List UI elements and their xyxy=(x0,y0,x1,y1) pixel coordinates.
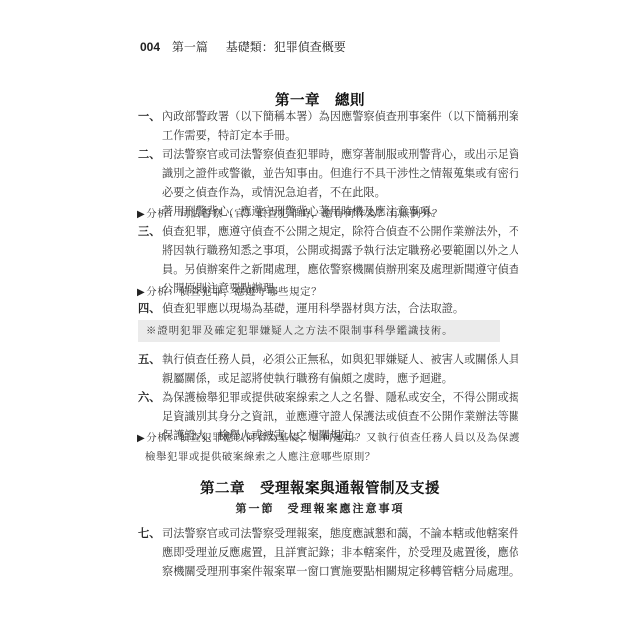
clause-5: 五、 執行偵查任務人員，必須公正無私，如與犯罪嫌疑人、被害人或關係人具有 親屬關… xyxy=(138,350,518,388)
clause-line: 工作需要，特訂定本手冊。 xyxy=(162,126,518,145)
clause-number: 一、 xyxy=(138,107,162,126)
clause-number: 四、 xyxy=(138,299,162,318)
clause-number: 五、 xyxy=(138,350,162,369)
triangle-arrow-icon: ▶ xyxy=(137,433,145,444)
clause-line: 必要之偵查作為，或情況急迫者，不在此限。 xyxy=(162,183,518,202)
analysis-text: 檢舉犯罪或提供破案線索之人應注意哪些原則？ xyxy=(137,448,522,466)
note-box: ※證明犯罪及確定犯罪嫌疑人之方法不限制事科學鑑識技術。 xyxy=(138,320,500,342)
analysis-3: ▶分析：偵查犯罪應以何者為基礎，如何運用？又執行偵查任務人員以及為保護 檢舉犯罪… xyxy=(137,429,522,466)
clause-line: 將因執行職務知悉之事項，公開或揭露予執行法定職務必要範圍以外之人 xyxy=(162,241,518,260)
analysis-text: 分析：偵查犯罪應以何者為基礎，如何運用？又執行偵查任務人員以及為保護 xyxy=(146,432,520,444)
clause-line: 內政部警政署（以下簡稱本署）為因應警察偵查刑事案件（以下簡稱刑案） xyxy=(162,107,518,126)
section-1-title: 第一節 受理報案應注意事項 xyxy=(0,500,640,516)
clause-line: 足資識別其身分之資訊，並應遵守證人保護法或偵查不公開作業辦法等關於 xyxy=(162,407,518,426)
clause-line: 司法警察官或司法警察偵查犯罪時，應穿著制服或刑警背心，或出示足資 xyxy=(162,145,518,164)
chapter-2-title: 第二章 受理報案與通報管制及支援 xyxy=(0,477,640,498)
analysis-text: 分析：司法警察（官）偵查犯罪時，應有何作為？有無例外？ xyxy=(146,208,443,220)
clause-line: 親屬關係，或足認將使執行職務有偏頗之虞時，應予迴避。 xyxy=(162,369,518,388)
clause-number: 七、 xyxy=(138,524,162,543)
running-head-title: 基礎類：犯罪偵查概要 xyxy=(226,40,346,54)
running-head: 004 第一篇 基礎類：犯罪偵查概要 xyxy=(140,38,346,55)
part-label: 第一篇 xyxy=(172,40,208,54)
triangle-arrow-icon: ▶ xyxy=(137,209,145,220)
clause-line: 司法警察官或司法警察受理報案，態度應誠懇和藹，不論本轄或他轄案件， xyxy=(162,524,518,543)
triangle-arrow-icon: ▶ xyxy=(137,287,145,298)
clause-1: 一、 內政部警政署（以下簡稱本署）為因應警察偵查刑事案件（以下簡稱刑案） 工作需… xyxy=(138,107,518,145)
clause-4: 四、 偵查犯罪應以現場為基礎，運用科學器材與方法，合法取證。 xyxy=(138,299,518,318)
clause-line: 員。另偵辦案件之新聞處理，應依警察機關偵辦刑案及處理新聞遵守偵查不 xyxy=(162,260,518,279)
page-number: 004 xyxy=(140,40,160,54)
clause-line: 應即受理並反應處置，且詳實記錄；非本轄案件，於受理及處置後，應依警 xyxy=(162,543,518,562)
clause-number: 三、 xyxy=(138,222,162,241)
document-page: 004 第一篇 基礎類：犯罪偵查概要 第一章 總則 一、 內政部警政署（以下簡稱… xyxy=(0,0,640,640)
clause-line: 為保護檢舉犯罪或提供破案線索之人之名譽、隱私或安全，不得公開或揭露 xyxy=(162,388,518,407)
clause-7: 七、 司法警察官或司法警察受理報案，態度應誠懇和藹，不論本轄或他轄案件， 應即受… xyxy=(138,524,518,581)
clause-number: 六、 xyxy=(138,388,162,407)
clause-number: 二、 xyxy=(138,145,162,164)
clause-line: 偵查犯罪，應遵守偵查不公開之規定，除符合偵查不公開作業辦法外，不得 xyxy=(162,222,518,241)
clause-line: 執行偵查任務人員，必須公正無私，如與犯罪嫌疑人、被害人或關係人具有 xyxy=(162,350,518,369)
clause-line: 識別之證件或警徽，並告知事由。但進行不具干涉性之情報蒐集或有密行 xyxy=(162,164,518,183)
clause-line: 察機關受理刑事案件報案單一窗口實施要點相關規定移轉管轄分局處理。 xyxy=(162,562,518,581)
clause-line: 偵查犯罪應以現場為基礎，運用科學器材與方法，合法取證。 xyxy=(162,299,518,318)
analysis-text: 分析：偵查犯罪，應遵守哪些規定？ xyxy=(146,286,322,298)
